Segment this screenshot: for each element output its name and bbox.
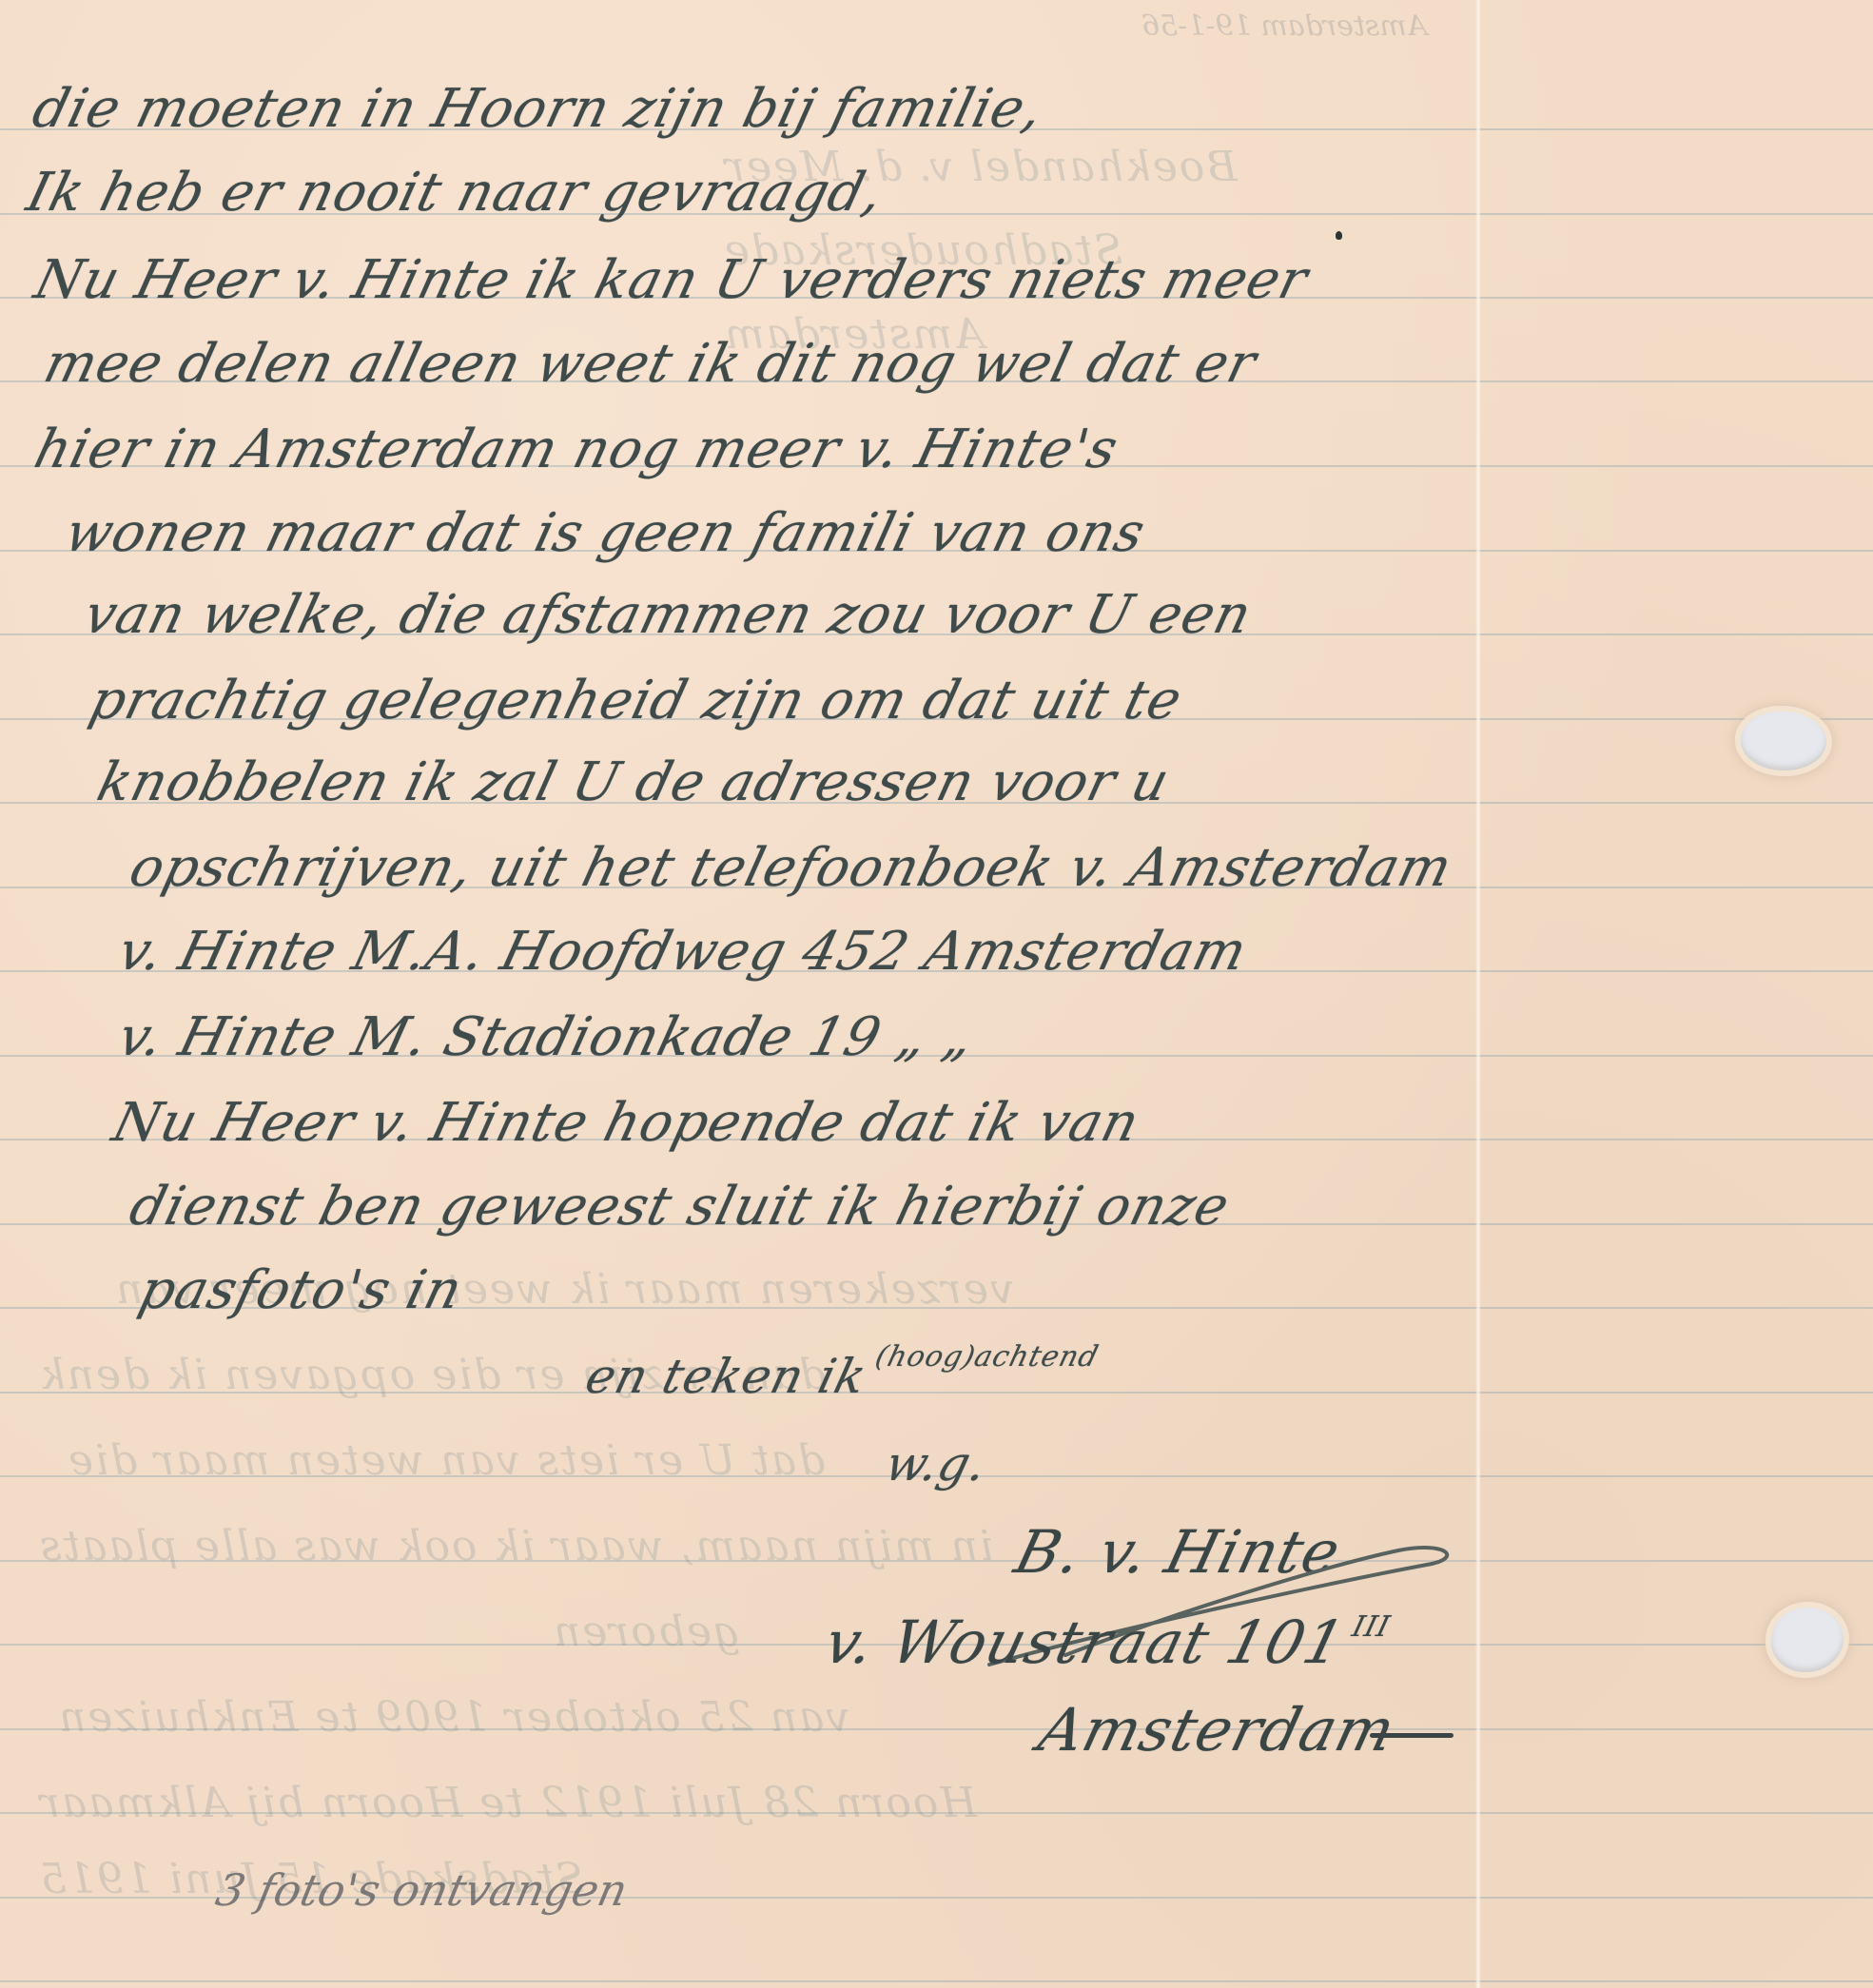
ink-dot [1336,231,1342,240]
address-street: v. Woustraat 101III [818,1608,1395,1677]
address-floor: III [1349,1610,1394,1644]
body-line-12: v. Hinte M. Stadionkade 19 „ „ [112,1006,981,1068]
body-line-13: Nu Heer v. Hinte hopende dat ik van [107,1092,1146,1154]
show-through-line: Hoorn 28 Juli 1912 te Hoorn bij Alkmaar [38,1779,977,1827]
address-street-text: v. Woustraat 101 [818,1608,1352,1677]
closing-greeting: en teken ik(hoog)achtend [580,1349,1101,1404]
closing-greeting-superscript: (hoog)achtend [872,1340,1102,1374]
pencil-annotation: 3 foto's ontvangen [211,1864,632,1916]
fold-crease [1475,0,1481,1988]
show-through-line: van 25 oktober 1909 te Enkhuizen [57,1693,849,1742]
show-through-line: in mijn naam, waar ik ook was alle plaat… [38,1522,993,1570]
address-city: Amsterdam [1032,1695,1402,1764]
body-line-15: pasfoto's in [133,1259,469,1321]
body-line-5: hier in Amsterdam nog meer v. Hinte's [29,419,1124,480]
rule-line [0,1560,1873,1562]
punch-hole-top [1741,711,1826,770]
rule-line [0,1812,1873,1814]
body-line-11: v. Hinte M.A. Hoofdweg 452 Amsterdam [112,921,1254,983]
rule-line [0,1728,1873,1730]
body-line-7: van welke, die afstammen zou voor U een [78,584,1258,646]
closing-greeting-text: en teken ik [580,1349,872,1404]
body-line-4: mee delen alleen weet ik dit nog wel dat… [38,333,1263,395]
body-line-10: opschrijven, uit het telefoonboek v. Ams… [124,837,1458,899]
closing-wg: w.g. [880,1436,993,1491]
letter-page: Amsterdam 19-1-56 Boekhandel v. d. Meer … [0,0,1873,1988]
show-through-line: dat U er iets van weten maar die [67,1436,825,1485]
show-through-header: Amsterdam 19-1-56 [1141,10,1427,43]
show-through-line: geboren [552,1608,740,1656]
body-line-9: knobbelen ik zal U de adressen voor u [91,751,1176,813]
body-line-6: wonen maar dat is geen famili van ons [59,502,1152,564]
body-line-1: die moeten in Hoorn zijn bij familie, [27,78,1050,140]
body-line-3: Nu Heer v. Hinte ik kan U verders niets … [29,249,1315,311]
body-line-14: dienst ben geweest sluit ik hierbij onze [124,1176,1236,1238]
signature: B. v. Hinte [1008,1517,1348,1587]
city-flourish [1370,1733,1454,1738]
rule-line [0,1980,1873,1982]
body-line-8: prachtig gelegenheid zijn om dat uit te [84,670,1188,731]
body-line-2: Ik heb er nooit naar gevraagd, [21,162,889,224]
punch-hole-bottom [1771,1608,1844,1672]
